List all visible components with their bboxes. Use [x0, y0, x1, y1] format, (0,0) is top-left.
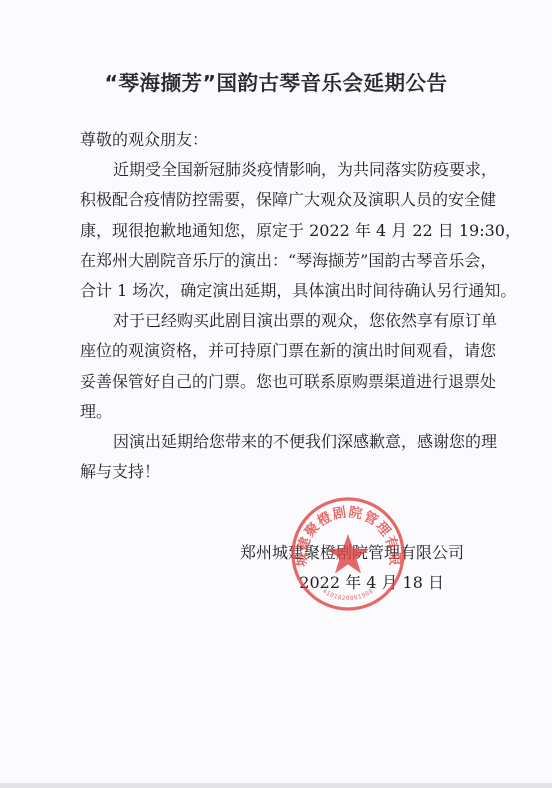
- document-page: “琴海撷芳”国韵古琴音乐会延期公告 尊敬的观众朋友： 近期受全国新冠肺炎疫情影响…: [0, 0, 552, 783]
- paragraph-line: 座位的观演资格，并可持原门票在新的演出时间观看，请您: [80, 336, 468, 366]
- salutation: 尊敬的观众朋友：: [80, 125, 468, 155]
- stamp-serial: 4101020001908: [321, 588, 375, 602]
- paragraph-ticket-holders: 对于已经购买此剧目演出票的观众，您依然享有原订单 座位的观演资格，并可持原门票在…: [80, 306, 468, 427]
- star-icon: [327, 534, 369, 574]
- paragraph-line: 对于已经购买此剧目演出票的观众，您依然享有原订单: [80, 306, 468, 336]
- paragraph-line: 积极配合疫情防控需要，保障广大观众及演职人员的安全健: [80, 185, 468, 215]
- document-title: “琴海撷芳”国韵古琴音乐会延期公告: [0, 66, 552, 96]
- paragraph-line: 因演出延期给您带来的不便我们深感歉意，感谢您的理: [80, 427, 468, 457]
- paragraph-line: 解与支持！: [80, 457, 468, 487]
- paragraph-apology: 因演出延期给您带来的不便我们深感歉意，感谢您的理 解与支持！: [80, 427, 468, 487]
- svg-text:4101020001908: 4101020001908: [321, 588, 375, 602]
- company-seal-stamp: 郑州城建聚橙剧院管理有限公司 4101020001908: [289, 496, 407, 612]
- paragraph-line: 在郑州大剧院音乐厅的演出：“琴海撷芳”国韵古琴音乐会，: [80, 246, 468, 276]
- paragraph-line: 合计 1 场次，确定演出延期，具体演出时间待确认另行通知。: [80, 276, 468, 306]
- paragraph-line: 康，现很抱歉地通知您，原定于 2022 年 4 月 22 日 19:30，: [80, 216, 468, 246]
- paragraph-line: 妥善保管好自己的门票。您也可联系原购票渠道进行退票处: [80, 367, 468, 397]
- paragraph-line: 理。: [80, 397, 468, 427]
- paragraph-line: 近期受全国新冠肺炎疫情影响，为共同落实防疫要求，: [80, 155, 468, 185]
- paragraph-postponement: 近期受全国新冠肺炎疫情影响，为共同落实防疫要求， 积极配合疫情防控需要，保障广大…: [80, 155, 468, 306]
- page-bottom-edge: [0, 783, 552, 788]
- document-body: 尊敬的观众朋友： 近期受全国新冠肺炎疫情影响，为共同落实防疫要求， 积极配合疫情…: [80, 125, 468, 487]
